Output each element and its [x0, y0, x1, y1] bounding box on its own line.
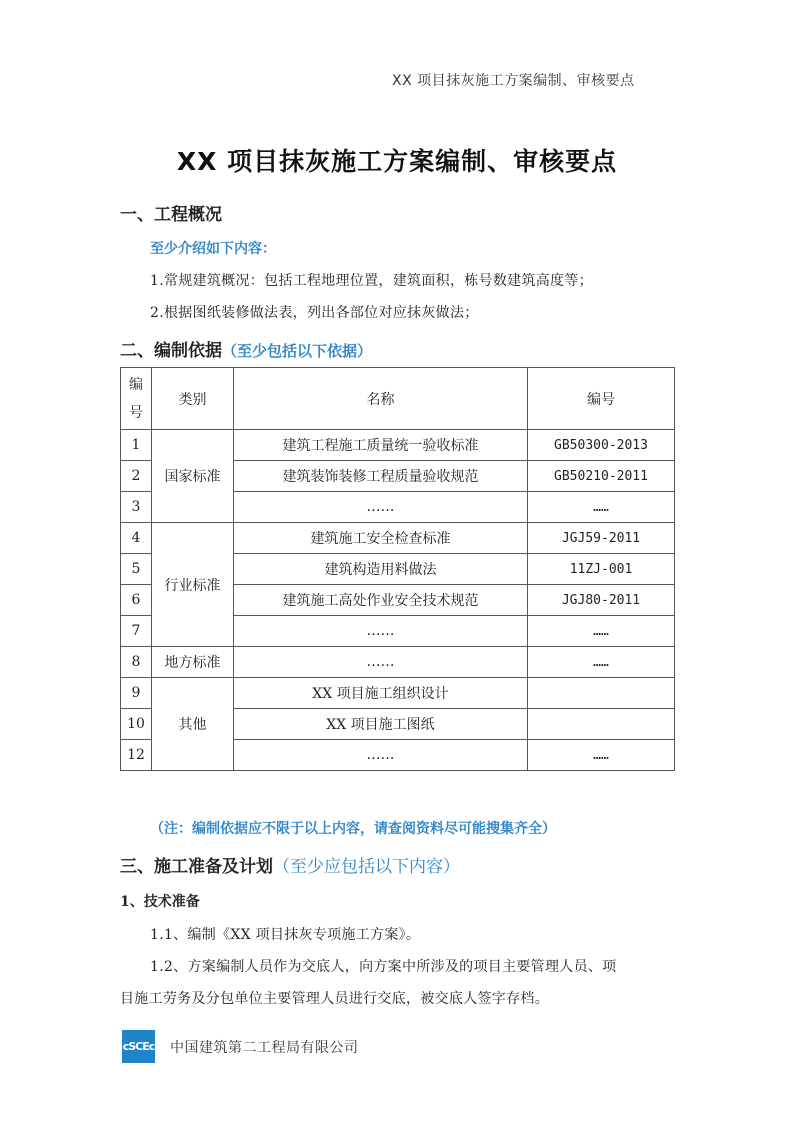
table-row: 4 行业标准 建筑施工安全检查标准 JGJ59-2011 [121, 523, 675, 554]
row-no: 12 [121, 740, 152, 771]
row-no: 10 [121, 709, 152, 740]
company-logo: cSCEc [122, 1030, 155, 1063]
company-name: 中国建筑第二工程局有限公司 [170, 1037, 359, 1057]
header-code: 编号 [528, 368, 675, 430]
section-3-heading-note: （至少应包括以下内容） [273, 857, 460, 877]
row-no: 4 [121, 523, 152, 554]
row-no: 3 [121, 492, 152, 523]
row-no: 6 [121, 585, 152, 616]
header-category: 类别 [152, 368, 234, 430]
section-2-heading-text: 二、编制依据 [120, 341, 222, 361]
row-code: …… [528, 616, 675, 647]
running-header: XX 项目抹灰施工方案编制、审核要点 [392, 70, 635, 90]
basis-table: 编号 类别 名称 编号 1 国家标准 建筑工程施工质量统一验收标准 GB5030… [120, 367, 675, 771]
header-name: 名称 [234, 368, 528, 430]
table-row: 8 地方标准 …… …… [121, 647, 675, 678]
subsection-1-item-2-cont: 目施工劳务及分包单位主要管理人员进行交底，被交底人签字存档。 [120, 988, 549, 1008]
row-name: …… [234, 492, 528, 523]
row-no: 9 [121, 678, 152, 709]
section-3-heading-text: 三、施工准备及计划 [120, 857, 273, 877]
category-industry: 行业标准 [152, 523, 234, 647]
section-2-heading: 二、编制依据（至少包括以下依据） [120, 336, 372, 361]
row-name: 建筑构造用料做法 [234, 554, 528, 585]
row-name: …… [234, 740, 528, 771]
section-1-item-1: 1.常规建筑概况：包括工程地理位置，建筑面积，栋号数建筑高度等； [150, 270, 593, 290]
row-no: 8 [121, 647, 152, 678]
row-code: …… [528, 492, 675, 523]
row-code: …… [528, 740, 675, 771]
category-other: 其他 [152, 678, 234, 771]
row-code: …… [528, 647, 675, 678]
table-row: 1 国家标准 建筑工程施工质量统一验收标准 GB50300-2013 [121, 430, 675, 461]
section-1-intro: 至少介绍如下内容： [150, 238, 276, 258]
row-code: GB50300-2013 [528, 430, 675, 461]
header-no-text: 编号 [129, 371, 144, 427]
row-name: …… [234, 647, 528, 678]
header-no: 编号 [121, 368, 152, 430]
row-code: JGJ59-2011 [528, 523, 675, 554]
row-code [528, 678, 675, 709]
section-2-heading-note: （至少包括以下依据） [222, 342, 372, 360]
row-name: XX 项目施工图纸 [234, 709, 528, 740]
table-row: 9 其他 XX 项目施工组织设计 [121, 678, 675, 709]
row-name: 建筑施工安全检查标准 [234, 523, 528, 554]
row-name: 建筑工程施工质量统一验收标准 [234, 430, 528, 461]
row-no: 5 [121, 554, 152, 585]
row-code: 11ZJ-001 [528, 554, 675, 585]
subsection-1-item-2: 1.2、方案编制人员作为交底人，向方案中所涉及的项目主要管理人员、项 [150, 956, 616, 976]
category-national: 国家标准 [152, 430, 234, 523]
section-1-item-2: 2.根据图纸装修做法表，列出各部位对应抹灰做法； [150, 302, 479, 322]
category-local: 地方标准 [152, 647, 234, 678]
row-no: 7 [121, 616, 152, 647]
row-code: GB50210-2011 [528, 461, 675, 492]
row-name: …… [234, 616, 528, 647]
section-3-heading: 三、施工准备及计划（至少应包括以下内容） [120, 852, 460, 877]
row-no: 2 [121, 461, 152, 492]
row-name: 建筑施工高处作业安全技术规范 [234, 585, 528, 616]
row-no: 1 [121, 430, 152, 461]
document-title: XX 项目抹灰施工方案编制、审核要点 [0, 142, 794, 178]
subsection-1-heading: 1、技术准备 [120, 891, 200, 911]
row-code [528, 709, 675, 740]
row-name: 建筑装饰装修工程质量验收规范 [234, 461, 528, 492]
section-1-heading: 一、工程概况 [120, 200, 222, 225]
row-code: JGJ80-2011 [528, 585, 675, 616]
section-2-note: （注：编制依据应不限于以上内容，请查阅资料尽可能搜集齐全） [150, 818, 556, 838]
row-name: XX 项目施工组织设计 [234, 678, 528, 709]
subsection-1-item-1: 1.1、编制《XX 项目抹灰专项施工方案》。 [150, 924, 420, 944]
table-header-row: 编号 类别 名称 编号 [121, 368, 675, 430]
